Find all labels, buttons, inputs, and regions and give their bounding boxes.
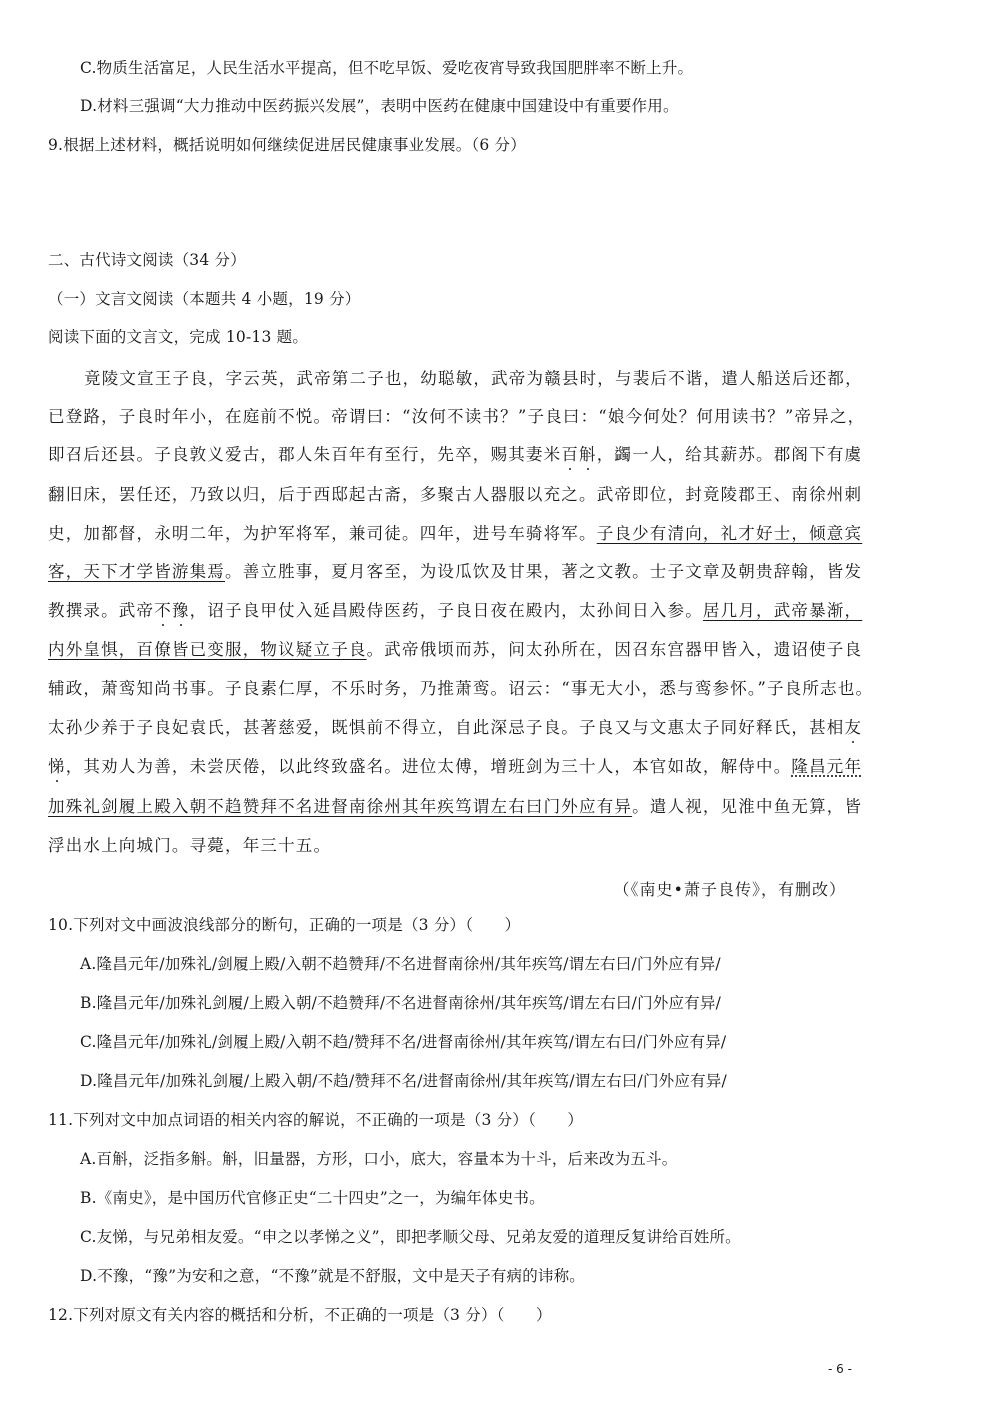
passage-line: 悌，其劝人为善，未尝厌倦，以此终致盛名。进位太傅，增班剑为三十人，本官如故，解侍… [48,757,853,777]
question-stem: 10.下列对文中画波浪线部分的断句，正确的一项是（3 分）（ ） [48,915,520,935]
passage-line: 浮出水上向城门。寻薨，年三十五。 [48,836,853,856]
underlined-text: 客，天下才学皆游集焉 [48,562,225,581]
prev-option-c: C.物质生活富足，人民生活水平提高，但不吃早饭、爱吃夜宵导致我国肥胖率不断上升。 [80,58,693,78]
instruction: 阅读下面的文言文，完成 10-13 题。 [48,327,308,347]
passage-line: 教撰录。武帝不豫，诏子良甲仗入延昌殿侍医药，子良日夜在殿内，太孙间日入参。居几月… [48,601,853,621]
option-c: C.友悌，与兄弟相友爱。“申之以孝悌之义”，即把孝顺父母、兄弟友爱的道理反复讲给… [80,1227,741,1247]
question-stem: 11.下列对文中加点词语的相关内容的解说，不正确的一项是（3 分）（ ） [48,1110,583,1130]
prev-option-d: D.材料三强调“大力推动中医药振兴发展”，表明中医药在健康中国建设中有重要作用。 [80,96,679,116]
wavy-underlined-text: 加殊礼剑履上殿入朝不趋赞拜不名进督南徐州其年疾笃谓左右曰门外应有异 [48,797,632,816]
passage-line: 竟陵文宣王子良，字云英，武帝第二子也，幼聪敏，武帝为赣县时，与裴后不谐，遣人船送… [84,369,889,389]
passage-line: 史，加都督，永明二年，为护军将军，兼司徒。四年，进号车骑将军。子良少有清向，礼才… [48,524,853,544]
question-9: 9.根据上述材料，概括说明如何继续促进居民健康事业发展。（6 分） [48,135,526,155]
underlined-text: 子良少有清向，礼才好士，倾意宾 [597,524,863,543]
passage-line: 内外皇惧，百僚皆已变服，物议疑立子良。武帝俄顷而苏，问太孙所在，因召东宫器甲皆入… [48,640,853,660]
passage-line: 客，天下才学皆游集焉。善立胜事，夏月客至，为设瓜饮及甘果，著之文教。士子文章及朝… [48,562,853,582]
page-number: - 6 - [828,1362,852,1376]
underlined-text: 内外皇惧，百僚皆已变服，物议疑立子良 [48,640,367,659]
passage-line: 翻旧床，罢任还，乃致以归，后于西邸起古斋，多聚古人器服以充之。武帝即位，封竟陵郡… [48,485,853,505]
passage-line: 即召后还县。子良敦义爱古，郡人朱百年有至行，先卒，赐其妻米百斛，蠲一人，给其薪苏… [48,445,853,465]
passage-source: （《南史•萧子良传》，有删改） [614,877,846,900]
dotted-char: 不 [154,601,172,620]
option-a: A.百斛，泛指多斛。斛，旧量器，方形，口小，底大，容量本为十斗，后来改为五斗。 [80,1149,677,1169]
dotted-char: 豫 [172,601,190,620]
option-b: B.隆昌元年/加殊礼剑履/上殿入朝/不趋赞拜/不名进督南徐州/其年疾笃/谓左右曰… [80,993,721,1013]
dotted-char: 斛 [579,445,597,464]
passage-line: 辅政，萧鸾知尚书事。子良素仁厚，不乐时务，乃推萧鸾。诏云：“事无大小，悉与鸾参怀… [48,679,853,699]
passage-line: 太孙少养于子良妃袁氏，甚著慈爱，既惧前不得立，自此深忌子良。子良又与文惠太子同好… [48,718,853,738]
wavy-underlined-text: 隆昌元年 [791,757,862,776]
option-d: D.隆昌元年/加殊礼剑履/上殿入朝/不趋/赞拜不名/进督南徐州/其年疾笃/谓左右… [80,1071,727,1091]
passage-line: 已登路，子良时年小，在庭前不悦。帝谓曰：“汝何不读书？”子良曰：“娘今何处？何用… [48,407,853,427]
option-b: B.《南史》，是中国历代官修正史“二十四史”之一，为编年体史书。 [80,1188,545,1208]
option-d: D.不豫，“豫”为安和之意，“不豫”就是不舒服，文中是天子有病的讳称。 [80,1266,585,1286]
option-c: C.隆昌元年/加殊礼/剑履上殿/入朝不趋/赞拜不名/进督南徐州/其年疾笃/谓左右… [80,1032,726,1052]
dotted-char: 悌 [48,757,66,776]
underlined-text: 居几月，武帝暴渐， [703,601,862,620]
dotted-char: 百 [561,445,579,464]
section-title: 二、古代诗文阅读（34 分） [48,250,246,270]
option-a: A.隆昌元年/加殊礼/剑履上殿/入朝不趋赞拜/不名进督南徐州/其年疾笃/谓左右曰… [80,954,721,974]
passage-line: 加殊礼剑履上殿入朝不趋赞拜不名进督南徐州其年疾笃谓左右曰门外应有异。遣人视，见淮… [48,797,853,817]
dotted-char: 友 [845,718,863,737]
question-12-stem: 12.下列对原文有关内容的概括和分析，不正确的一项是（3 分）（ ） [48,1305,552,1325]
subsection-title: （一）文言文阅读（本题共 4 小题，19 分） [48,289,360,309]
